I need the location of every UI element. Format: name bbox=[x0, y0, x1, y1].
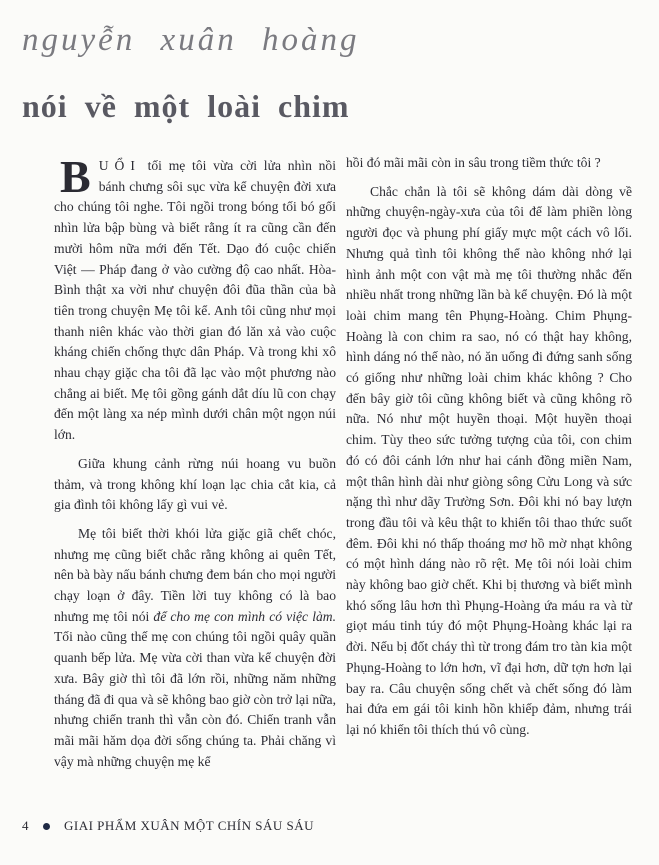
magazine-page: nguyễn xuân hoàng nói về một loài chim B… bbox=[0, 0, 659, 865]
drop-cap: B bbox=[60, 158, 91, 196]
italic-quote: để cho mẹ con mình có việc làm. bbox=[153, 609, 336, 624]
article-title: nói về một loài chim bbox=[22, 88, 350, 125]
paragraph-text: tối mẹ tôi vừa cời lửa nhìn nồi bánh chư… bbox=[54, 158, 336, 442]
page-footer: 4 GIAI PHẨM XUÂN MỘT CHÍN SÁU SÁU bbox=[22, 818, 314, 834]
continuation-line: hồi đó mãi mãi còn in sâu trong tiềm thứ… bbox=[346, 153, 632, 174]
paragraph-4: Chắc chắn là tôi sẽ không dám dài dòng v… bbox=[346, 182, 632, 741]
paragraph-text: Tối nào cũng thế mẹ con chúng tôi ngồi q… bbox=[54, 629, 336, 768]
publication-name: GIAI PHẨM XUÂN MỘT CHÍN SÁU SÁU bbox=[64, 818, 314, 834]
left-column: B UỔI tối mẹ tôi vừa cời lửa nhìn nồi bá… bbox=[54, 156, 336, 780]
author-name: nguyễn xuân hoàng bbox=[22, 22, 359, 59]
paragraph-1: B UỔI tối mẹ tôi vừa cời lửa nhìn nồi bá… bbox=[54, 156, 336, 446]
paragraph-3: Mẹ tôi biết thời khói lửa giặc giã chết … bbox=[54, 524, 336, 772]
bullet-icon bbox=[43, 823, 50, 830]
right-column: hồi đó mãi mãi còn in sâu trong tiềm thứ… bbox=[346, 153, 632, 749]
page-number: 4 bbox=[22, 818, 29, 834]
opening-word: UỔI bbox=[99, 158, 141, 173]
paragraph-2: Giữa khung cảnh rừng núi hoang vu buồn t… bbox=[54, 454, 336, 516]
